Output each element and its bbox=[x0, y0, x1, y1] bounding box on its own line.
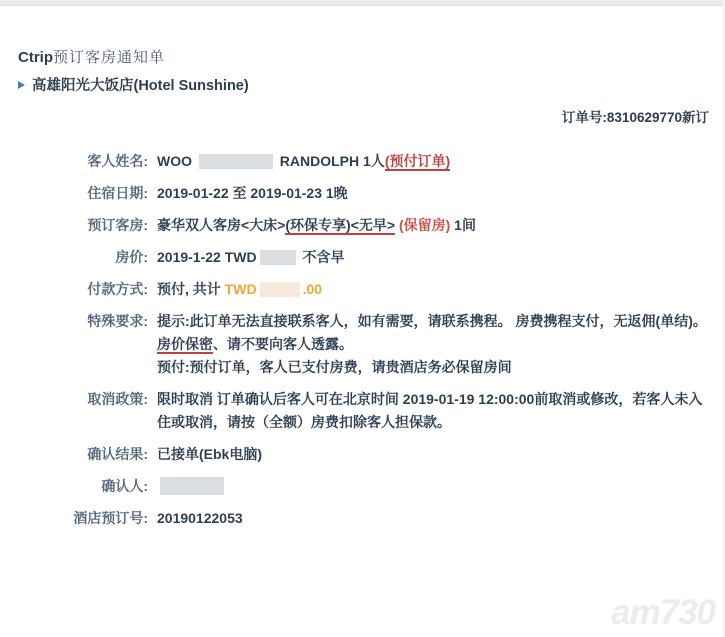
hotel-name-line: 高雄阳光大饭店(Hotel Sunshine) bbox=[18, 74, 711, 95]
guest-count: 1人 bbox=[363, 153, 385, 169]
price-confidential-underlined: 房价保密 bbox=[157, 336, 213, 354]
guest-name-prefix: WOO bbox=[157, 153, 192, 169]
room-price-label: 房价: bbox=[18, 246, 148, 269]
payment-method-label: 付款方式: bbox=[18, 278, 148, 301]
payment-currency: TWD bbox=[225, 281, 257, 297]
guest-name-suffix: RANDOLPH bbox=[280, 153, 359, 169]
special-requests-line2-rest: 、请不要向客人透露。 bbox=[213, 336, 353, 352]
row-confirmed-by: 确认人: bbox=[18, 475, 711, 498]
row-stay-dates: 住宿日期: 2019-01-22 至 2019-01-23 1晚 bbox=[18, 182, 711, 205]
stay-dates-value: 2019-01-22 至 2019-01-23 1晚 bbox=[148, 182, 711, 205]
ctrip-brand: Ctrip bbox=[18, 49, 53, 66]
payment-prefix: 预付, 共计 bbox=[157, 281, 221, 297]
document-title: Ctrip预订客房通知单 bbox=[18, 46, 711, 67]
booking-details-table: 客人姓名: WOO RANDOLPH 1人(预付订单) 住宿日期: 2019-0… bbox=[18, 150, 711, 530]
order-number: 订单号:8310629770新订 bbox=[18, 106, 711, 126]
hotel-booking-number-label: 酒店预订号: bbox=[18, 507, 148, 530]
confirmed-by-label: 确认人: bbox=[18, 475, 148, 498]
row-room-price: 房价: 2019-1-22 TWD 不含早 bbox=[18, 246, 711, 269]
eco-tag: (环保专享) bbox=[285, 217, 350, 235]
no-breakfast-tag: <无早> bbox=[351, 217, 395, 235]
room-type-label: 预订客房: bbox=[18, 214, 148, 237]
special-requests-line2: 房价保密、请不要向客人透露。 bbox=[157, 333, 711, 356]
room-count: 1间 bbox=[454, 217, 476, 233]
document-title-text: 预订客房通知单 bbox=[53, 49, 165, 66]
triangle-bullet-icon bbox=[18, 81, 25, 89]
room-type-name: 豪华双人客房<大床> bbox=[157, 217, 285, 233]
row-special-requests: 特殊要求: 提示:此订单无法直接联系客人，如有需要，请联系携程。 房费携程支付，… bbox=[18, 310, 711, 379]
special-requests-value: 提示:此订单无法直接联系客人，如有需要，请联系携程。 房费携程支付，无返佣(单结… bbox=[148, 310, 711, 379]
guest-name-label: 客人姓名: bbox=[18, 150, 148, 173]
row-confirmation-result: 确认结果: 已接单(Ebk电脑) bbox=[18, 443, 711, 466]
room-price-suffix: 不含早 bbox=[302, 249, 344, 265]
special-requests-label: 特殊要求: bbox=[18, 310, 148, 379]
reserved-room-tag: (保留房) bbox=[399, 217, 450, 233]
hotel-booking-number-value: 20190122053 bbox=[148, 507, 711, 530]
cancellation-policy-value: 限时取消 订单确认后客人可在北京时间 2019-01-19 12:00:00前取… bbox=[148, 388, 711, 434]
row-cancellation-policy: 取消政策: 限时取消 订单确认后客人可在北京时间 2019-01-19 12:0… bbox=[18, 388, 711, 434]
stay-dates-label: 住宿日期: bbox=[18, 182, 148, 205]
redacted-confirmed-by bbox=[160, 477, 224, 495]
redacted-room-price bbox=[260, 250, 296, 265]
confirmation-result-value: 已接单(Ebk电脑) bbox=[148, 443, 711, 466]
row-payment-method: 付款方式: 预付, 共计 TWD.00 bbox=[18, 278, 711, 301]
row-room-type: 预订客房: 豪华双人客房<大床>(环保专享)<无早> (保留房) 1间 bbox=[18, 214, 711, 237]
room-type-value: 豪华双人客房<大床>(环保专享)<无早> (保留房) 1间 bbox=[148, 214, 711, 237]
notice-content: Ctrip预订客房通知单 高雄阳光大饭店(Hotel Sunshine) 订单号… bbox=[0, 6, 725, 539]
redacted-payment-amount bbox=[260, 282, 300, 297]
row-hotel-booking-number: 酒店预订号: 20190122053 bbox=[18, 507, 711, 530]
hotel-name: 高雄阳光大饭店(Hotel Sunshine) bbox=[32, 74, 249, 95]
payment-amount-suffix: .00 bbox=[303, 281, 322, 297]
row-guest-name: 客人姓名: WOO RANDOLPH 1人(预付订单) bbox=[18, 150, 711, 173]
confirmation-result-label: 确认结果: bbox=[18, 443, 148, 466]
special-requests-line3: 预付:预付订单，客人已支付房费，请贵酒店务必保留房间 bbox=[157, 356, 711, 379]
am730-watermark: am730 bbox=[611, 593, 715, 633]
special-requests-line1: 提示:此订单无法直接联系客人，如有需要，请联系携程。 房费携程支付，无返佣(单结… bbox=[157, 310, 711, 333]
cancellation-policy-label: 取消政策: bbox=[18, 388, 148, 434]
confirmed-by-value bbox=[148, 475, 711, 498]
redacted-guest-middle-name bbox=[199, 154, 273, 169]
guest-name-value: WOO RANDOLPH 1人(预付订单) bbox=[148, 150, 711, 173]
room-price-prefix: 2019-1-22 TWD bbox=[157, 249, 257, 265]
room-price-value: 2019-1-22 TWD 不含早 bbox=[148, 246, 711, 269]
prepaid-order-tag: (预付订单) bbox=[385, 153, 450, 171]
booking-notice-page: Ctrip预订客房通知单 高雄阳光大饭店(Hotel Sunshine) 订单号… bbox=[0, 0, 725, 637]
payment-method-value: 预付, 共计 TWD.00 bbox=[148, 278, 711, 301]
